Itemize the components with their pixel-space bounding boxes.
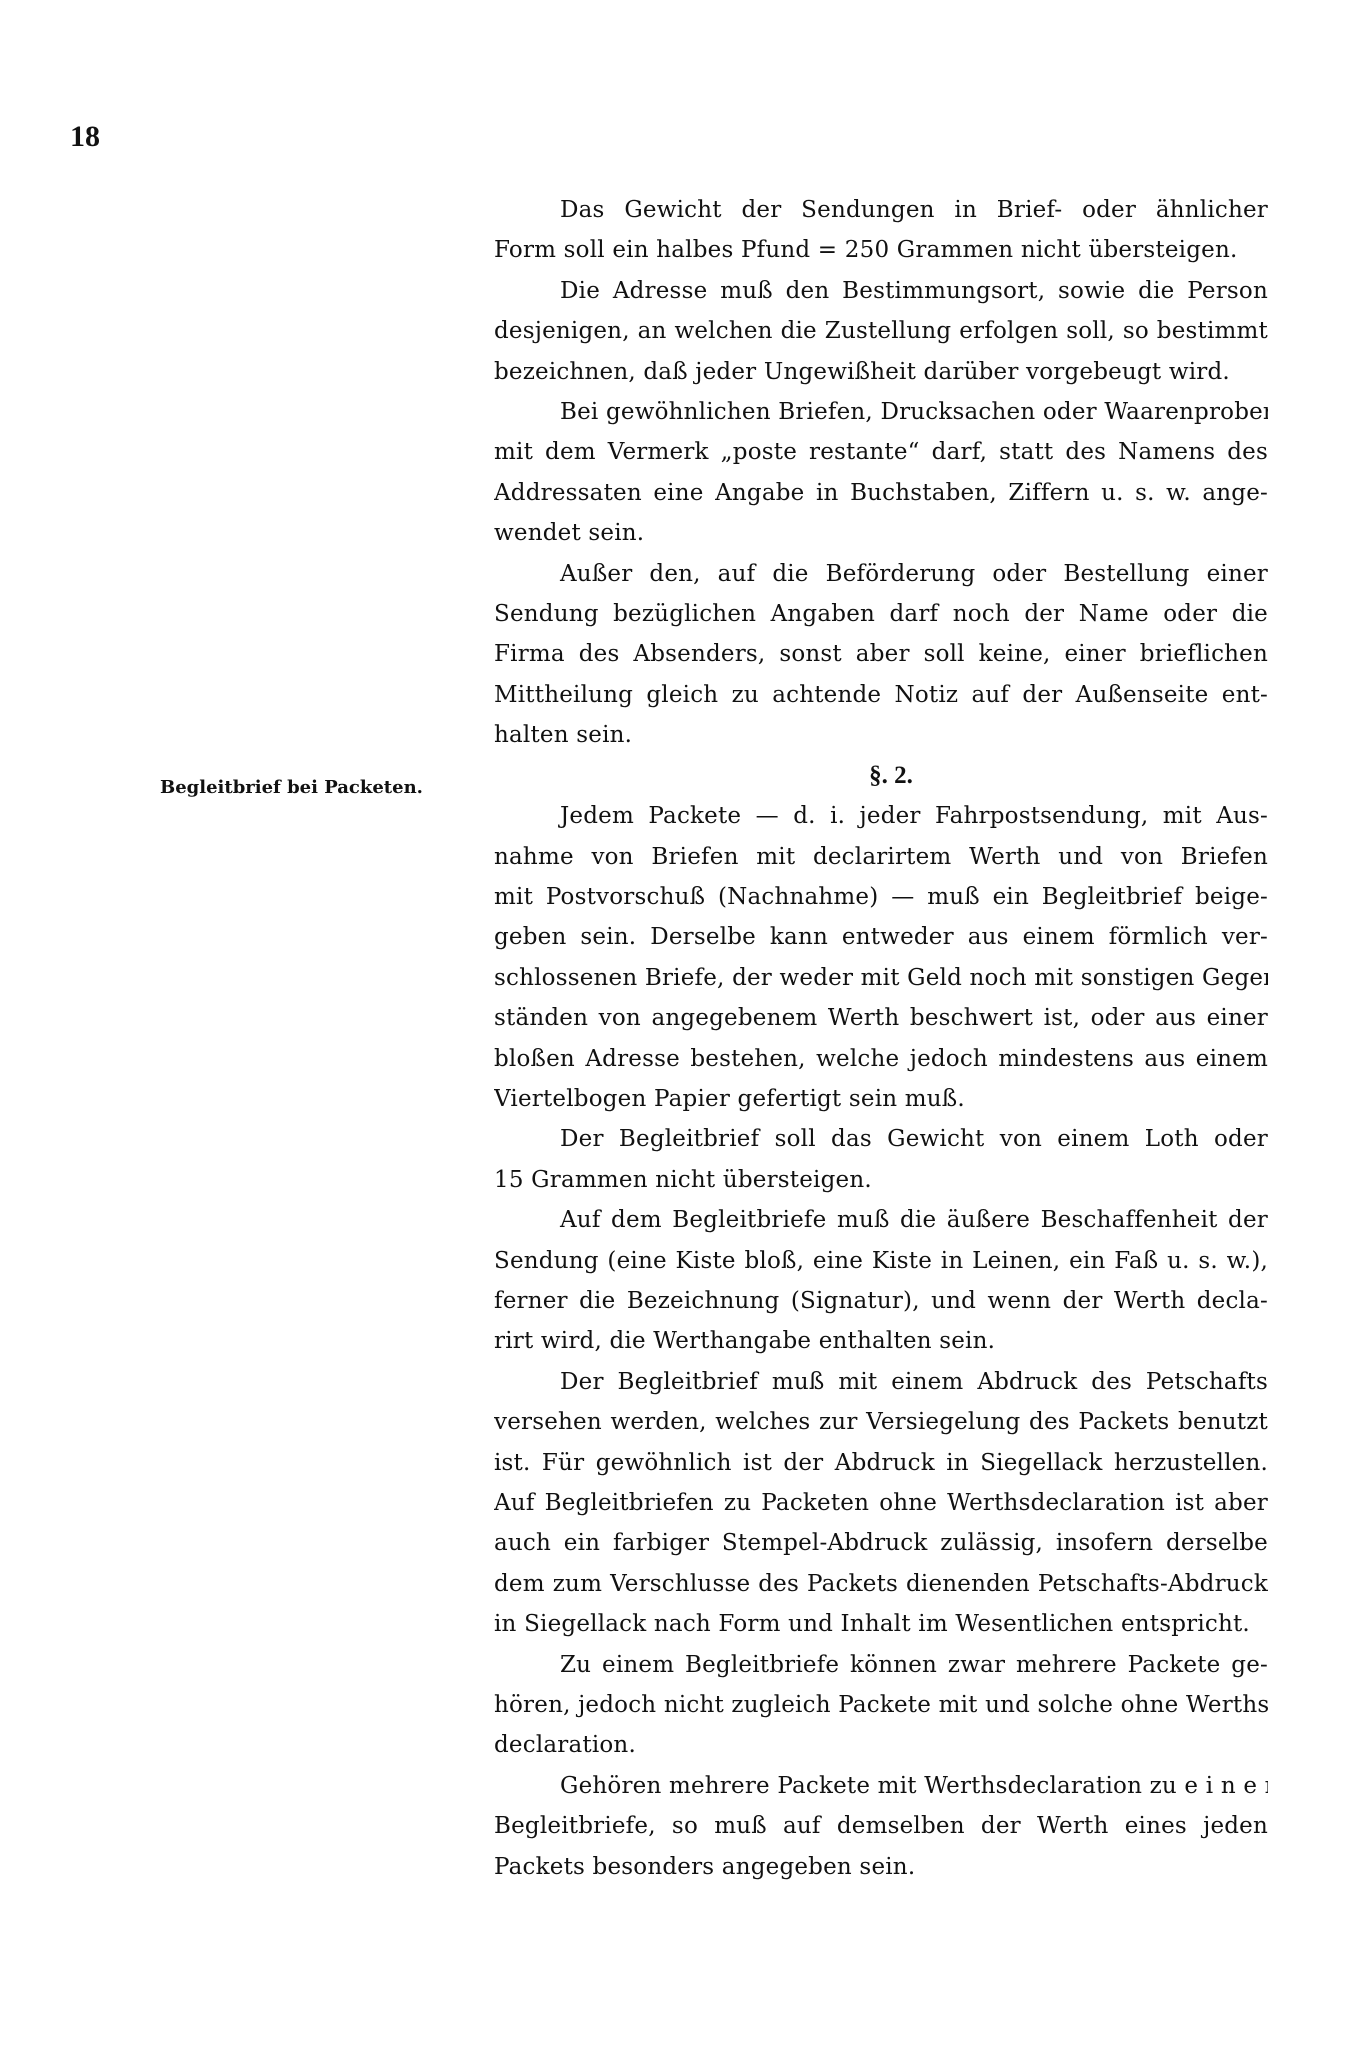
text-line: wendet sein.	[494, 513, 1268, 553]
text-line: Die Adresse muß den Bestimmungsort, sowi…	[494, 271, 1268, 311]
text-line: Form soll ein halbes Pfund = 250 Grammen…	[494, 230, 1268, 270]
text-line: hören, jedoch nicht zugleich Packete mit…	[494, 1685, 1268, 1725]
main-text-column: Das Gewicht der Sendungen in Brief- oder…	[494, 190, 1268, 1887]
text-line: mit dem Vermerk „poste restante“ darf, s…	[494, 432, 1268, 472]
text-line: ständen von angegebenem Werth beschwert …	[494, 998, 1268, 1038]
text-line: Bei gewöhnlichen Briefen, Drucksachen od…	[494, 392, 1268, 432]
text-line: 15 Grammen nicht übersteigen.	[494, 1160, 1268, 1200]
text-line: declaration.	[494, 1725, 1268, 1765]
text-line: desjenigen, an welchen die Zustellung er…	[494, 311, 1268, 351]
text-line: Viertelbogen Papier gefertigt sein muß.	[494, 1079, 1268, 1119]
text-line: Gehören mehrere Packete mit Werthsdeclar…	[494, 1766, 1268, 1806]
paragraph-letter-weight: Der Begleitbrief soll das Gewicht von ei…	[494, 1119, 1268, 1200]
text-line: Der Begleitbrief muß mit einem Abdruck d…	[494, 1362, 1268, 1402]
text-line: auch ein farbiger Stempel-Abdruck zuläss…	[494, 1523, 1268, 1563]
text-line: versehen werden, welches zur Versiegelun…	[494, 1402, 1268, 1442]
text-line: Außer den, auf die Beförderung oder Best…	[494, 554, 1268, 594]
text-line: Das Gewicht der Sendungen in Brief- oder…	[494, 190, 1268, 230]
text-line: Packets besonders angegeben sein.	[494, 1847, 1268, 1887]
text-line: Firma des Absenders, sonst aber soll kei…	[494, 634, 1268, 674]
text-line: mit Postvorschuß (Nachnahme) — muß ein B…	[494, 877, 1268, 917]
text-line: geben sein. Derselbe kann entweder aus e…	[494, 917, 1268, 957]
text-line: Der Begleitbrief soll das Gewicht von ei…	[494, 1119, 1268, 1159]
text-line: ferner die Bezeichnung (Signatur), und w…	[494, 1281, 1268, 1321]
text-line: halten sein.	[494, 715, 1268, 755]
text-line: Auf Begleitbriefen zu Packeten ohne Wert…	[494, 1483, 1268, 1523]
text-line: schlossenen Briefe, der weder mit Geld n…	[494, 958, 1268, 998]
text-line: Sendung bezüglichen Angaben darf noch de…	[494, 594, 1268, 634]
text-line: rirt wird, die Werthangabe enthalten sei…	[494, 1321, 1268, 1361]
section-heading: §. 2.	[494, 756, 1268, 796]
paragraph-shipment-description: Auf dem Begleitbriefe muß die äußere Bes…	[494, 1200, 1268, 1362]
paragraph-weight-limit: Das Gewicht der Sendungen in Brief- oder…	[494, 190, 1268, 271]
text-line: Mittheilung gleich zu achtende Notiz auf…	[494, 675, 1268, 715]
text-line: ist. Für gewöhnlich ist der Abdruck in S…	[494, 1443, 1268, 1483]
text-line: Begleitbriefe, so muß auf demselben der …	[494, 1806, 1268, 1846]
text-line: Jedem Packete — d. i. jeder Fahrpostsend…	[494, 796, 1268, 836]
text-line: in Siegellack nach Form und Inhalt im We…	[494, 1604, 1268, 1644]
text-line: dem zum Verschlusse des Packets dienende…	[494, 1564, 1268, 1604]
paragraph-multiple-packets: Zu einem Begleitbriefe können zwar mehre…	[494, 1645, 1268, 1766]
text-line: Sendung (eine Kiste bloß, eine Kiste in …	[494, 1241, 1268, 1281]
text-line: Zu einem Begleitbriefe können zwar mehre…	[494, 1645, 1268, 1685]
paragraph-packet-letter: Jedem Packete — d. i. jeder Fahrpostsend…	[494, 796, 1268, 1119]
text-line: Auf dem Begleitbriefe muß die äußere Bes…	[494, 1200, 1268, 1240]
paragraph-address: Die Adresse muß den Bestimmungsort, sowi…	[494, 271, 1268, 392]
page-number: 18	[70, 122, 100, 152]
margin-note-begleitbrief: Begleitbrief bei Packeten.	[160, 776, 423, 800]
text-line: Addressaten eine Angabe in Buchstaben, Z…	[494, 473, 1268, 513]
paragraph-poste-restante: Bei gewöhnlichen Briefen, Drucksachen od…	[494, 392, 1268, 554]
paragraph-sender-info: Außer den, auf die Beförderung oder Best…	[494, 554, 1268, 756]
paragraph-seal-imprint: Der Begleitbrief muß mit einem Abdruck d…	[494, 1362, 1268, 1645]
paragraph-declared-value: Gehören mehrere Packete mit Werthsdeclar…	[494, 1766, 1268, 1887]
text-line: bezeichnen, daß jeder Ungewißheit darübe…	[494, 352, 1268, 392]
text-line: bloßen Adresse bestehen, welche jedoch m…	[494, 1039, 1268, 1079]
text-line: nahme von Briefen mit declarirtem Werth …	[494, 837, 1268, 877]
